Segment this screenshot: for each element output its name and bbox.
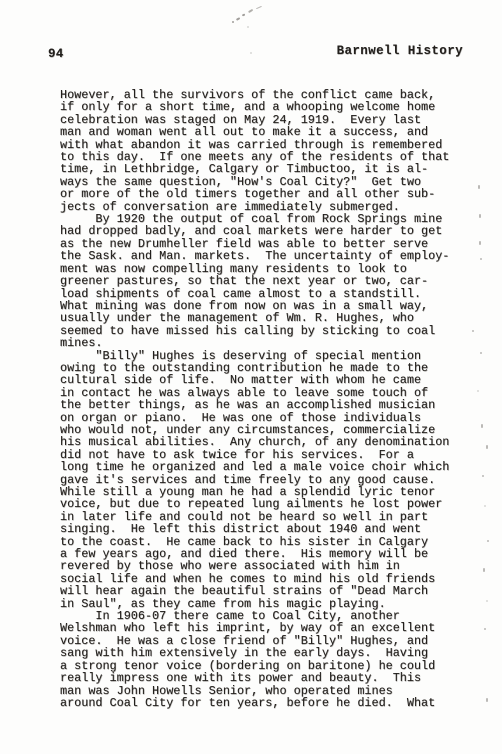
- scanned-book-page: 94 Barnwell History However, all the sur…: [0, 0, 502, 754]
- paragraph-2: By 1920 the output of coal from Rock Spr…: [60, 213, 480, 349]
- paragraph-3: "Billy" Hughes is deserving of special m…: [60, 350, 480, 611]
- page-number: 94: [48, 47, 64, 61]
- running-title: Barnwell History: [337, 44, 463, 58]
- body-text: However, all the survivors of the confli…: [60, 89, 480, 709]
- paragraph-1: However, all the survivors of the confli…: [60, 89, 480, 213]
- paragraph-4: In 1906-07 there came to Coal City, anot…: [60, 610, 480, 709]
